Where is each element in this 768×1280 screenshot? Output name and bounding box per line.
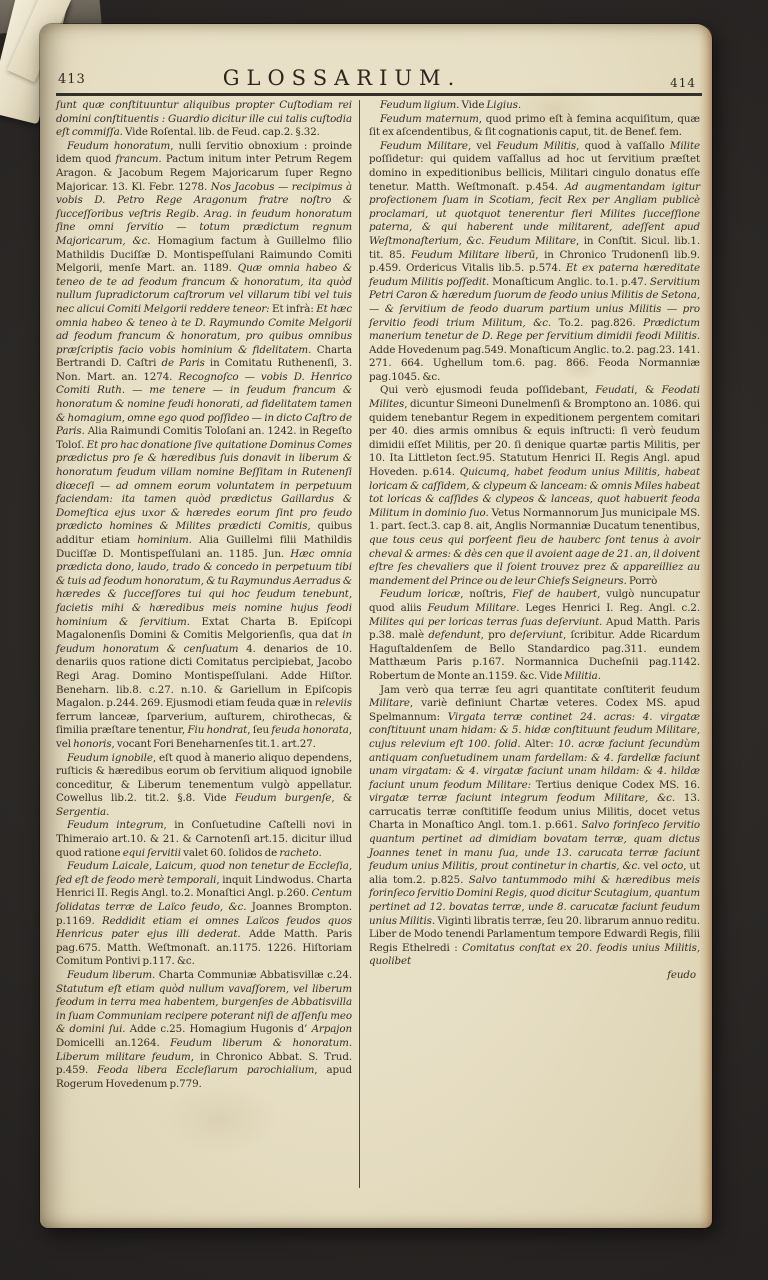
page-number-right: 414 bbox=[670, 76, 696, 90]
italic-text-segment: hominium bbox=[137, 534, 188, 546]
photo-background: 413 GLOSSARIUM. 414 ſunt quæ conſtituunt… bbox=[0, 0, 768, 1280]
text-segment: Et infrà: bbox=[270, 303, 317, 315]
italic-text-segment: Feudum integrum bbox=[67, 819, 164, 831]
italic-text-segment: Feudum Militare bbox=[380, 140, 468, 152]
text-segment: Alter: bbox=[521, 738, 558, 750]
page-title: GLOSSARIUM. bbox=[56, 66, 628, 90]
paragraph: Feudum maternum, quod primo eſt à femina… bbox=[369, 113, 700, 140]
column-divider bbox=[359, 100, 360, 1188]
book-page: 413 GLOSSARIUM. 414 ſunt quæ conſtituunt… bbox=[40, 24, 712, 1228]
paragraph: Feudum ligium. Vide Ligius. bbox=[369, 99, 700, 113]
italic-text-segment: Feudum liberum. bbox=[67, 969, 155, 981]
paragraph: Qui verò ejusmodi feuda poſſidebant, Feu… bbox=[369, 384, 700, 588]
text-segment: Charta Communiæ Abbatisvillæ c.24. bbox=[155, 969, 352, 981]
text-segment: , ſeu bbox=[247, 724, 271, 736]
italic-text-segment: Fief de haubert bbox=[512, 588, 597, 600]
text-segment: Domicelli an.1264. bbox=[56, 1037, 170, 1049]
text-segment: , vocant Fori Beneharnenſes tit.1. art.2… bbox=[112, 738, 316, 750]
paragraph: Feudum honoratum, nulli ſervitio obnoxiu… bbox=[56, 140, 352, 752]
italic-text-segment: virgatæ terræ faciunt integrum feodum Mi… bbox=[369, 792, 675, 804]
italic-text-segment: Feudum Militare bbox=[428, 602, 517, 614]
text-segment: vel bbox=[640, 860, 661, 872]
page-fore-edge bbox=[699, 24, 712, 1228]
text-segment: . bbox=[319, 847, 322, 859]
text-block: ſunt quæ conſtituuntur aliquibus propter… bbox=[56, 99, 700, 1214]
paragraph: Feudum liberum. Charta Communiæ Abbatisv… bbox=[56, 969, 352, 1091]
italic-text-segment: Sergentia bbox=[56, 806, 106, 818]
text-segment: , & bbox=[634, 384, 661, 396]
text-segment: . Leges Henrici I. Reg. Angl. c.2. bbox=[516, 602, 700, 614]
italic-text-segment: Ligius bbox=[487, 99, 518, 111]
italic-text-segment: Feudum Militare liberū bbox=[411, 249, 535, 261]
text-segment: . bbox=[106, 806, 109, 818]
text-segment: . bbox=[518, 99, 521, 111]
italic-text-segment: releviis bbox=[315, 697, 352, 709]
paragraph: ſunt quæ conſtituuntur aliquibus propter… bbox=[56, 99, 352, 140]
italic-text-segment: Militia bbox=[564, 670, 597, 682]
italic-text-segment: equi ſervitii bbox=[123, 847, 181, 859]
italic-text-segment: Feudum ignobile bbox=[67, 752, 153, 764]
italic-text-segment: Feoda libera Eccleſiarum parochialium bbox=[97, 1064, 314, 1076]
text-segment: . bbox=[598, 670, 601, 682]
italic-text-segment: Et pro hac donatione ſive quitatione Dom… bbox=[56, 439, 352, 533]
italic-text-segment: racheto bbox=[279, 847, 318, 859]
text-segment: Monaſticum Anglic. to.1. p.47. bbox=[489, 276, 650, 288]
text-segment: valet 60. ſolidos de bbox=[181, 847, 279, 859]
italic-text-segment: Arpajon bbox=[312, 1023, 352, 1035]
text-segment: , noſtris, bbox=[460, 588, 512, 600]
text-segment: Vide Roſental. lib. de Feud. cap.2. §.32… bbox=[123, 126, 320, 138]
paragraph: Feudum Militare, vel Feudum Militis, quo… bbox=[369, 140, 700, 385]
running-header: 413 GLOSSARIUM. 414 bbox=[56, 66, 698, 94]
text-segment: Porrò bbox=[627, 575, 657, 587]
italic-text-segment: deſerviunt bbox=[510, 629, 563, 641]
text-column-left: ſunt quæ conſtituuntur aliquibus propter… bbox=[56, 99, 352, 1214]
paragraph: Jam verò qua terræ ſeu agri quantitate c… bbox=[369, 684, 700, 969]
paragraph: Feudum ignobile, eſt quod à manerio aliq… bbox=[56, 752, 352, 820]
italic-text-segment: Feudum burgenſe bbox=[235, 792, 332, 804]
text-segment: Qui verò ejusmodi feuda poſſidebant, bbox=[380, 384, 596, 396]
italic-text-segment: Militare bbox=[369, 697, 410, 709]
italic-text-segment: Feudum Militis bbox=[497, 140, 576, 152]
text-segment: , & bbox=[331, 792, 352, 804]
paragraph: Feudum integrum, in Conſuetudine Caſtell… bbox=[56, 819, 352, 860]
paragraph: Feudum loricæ, noſtris, Fief de haubert,… bbox=[369, 588, 700, 683]
italic-text-segment: Milites qui per loricas terras ſuas deſe… bbox=[369, 616, 602, 628]
italic-text-segment: Fiu hondrat bbox=[187, 724, 247, 736]
italic-text-segment: francum bbox=[115, 153, 158, 165]
text-segment: Adde c.25. Homagium Hugonis d’ bbox=[125, 1023, 311, 1035]
italic-text-segment: Feudum ligium. bbox=[380, 99, 459, 111]
italic-text-segment: honoris bbox=[73, 738, 111, 750]
italic-text-segment: Feudati bbox=[596, 384, 635, 396]
italic-text-segment: de Paris bbox=[161, 357, 204, 369]
text-segment: , vel bbox=[468, 140, 497, 152]
italic-text-segment: feuda honorata bbox=[271, 724, 348, 736]
italic-text-segment: Milite bbox=[670, 140, 700, 152]
text-segment: To.2. pag.826. bbox=[551, 317, 643, 329]
catchword: feudo bbox=[369, 969, 700, 983]
italic-text-segment: Feudum honoratum bbox=[67, 140, 170, 152]
text-segment: Vide bbox=[459, 99, 486, 111]
text-segment: Tertius denique Codex MS. 16. bbox=[531, 779, 700, 791]
italic-text-segment: octo bbox=[661, 860, 683, 872]
italic-text-segment: Feudum loricæ bbox=[380, 588, 460, 600]
text-segment: Jam verò qua terræ ſeu agri quantitate c… bbox=[380, 684, 700, 696]
text-column-right: Feudum ligium. Vide Ligius.Feudum matern… bbox=[369, 99, 700, 1214]
text-segment: Adde Hovedenum pag.549. Monaſticum Angli… bbox=[369, 344, 700, 383]
paragraph: Feudum Laicale, Laicum, quod non tenetur… bbox=[56, 860, 352, 969]
header-rule bbox=[56, 93, 702, 96]
text-segment: , pro bbox=[481, 629, 510, 641]
italic-text-segment: defendunt bbox=[428, 629, 480, 641]
italic-text-segment: Feudum maternum bbox=[380, 113, 479, 125]
text-segment: , quod à vaſſallo bbox=[576, 140, 670, 152]
